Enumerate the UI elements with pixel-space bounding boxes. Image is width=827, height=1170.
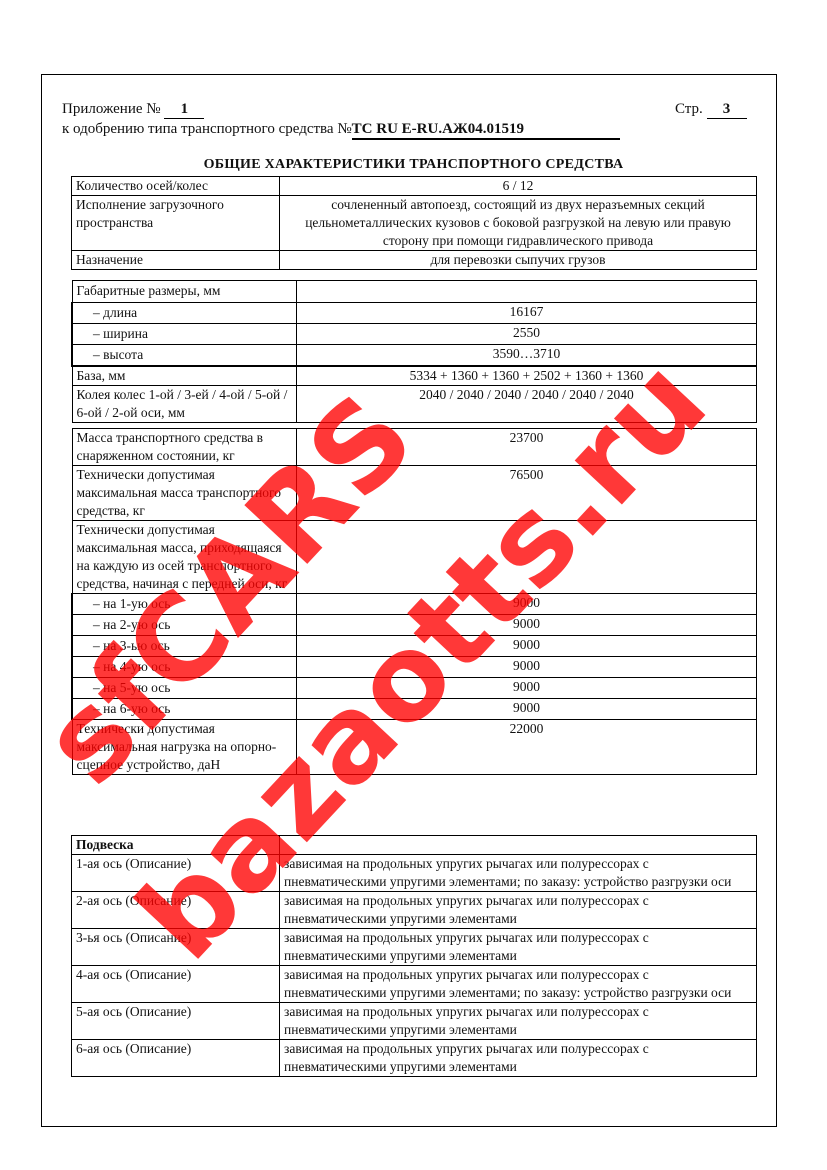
table-row: 4-ая ось (Описание)зависимая на продольн… xyxy=(72,966,757,1003)
row-label: – на 5-ую ось xyxy=(72,678,297,699)
page-number: 3 xyxy=(707,101,747,119)
table-row: 5-ая ось (Описание)зависимая на продольн… xyxy=(72,1003,757,1040)
row-label: Количество осей/колес xyxy=(72,177,280,196)
dimensions-table: Габаритные размеры, мм – длина16167 – ши… xyxy=(71,280,757,423)
page-line: Стр. 3 xyxy=(675,101,747,119)
table-row: Технически допустимая максимальная масса… xyxy=(72,521,757,594)
page-label: Стр. xyxy=(675,101,703,117)
row-value: зависимая на продольных упругих рычагах … xyxy=(280,855,757,892)
table-row: 6-ая ось (Описание)зависимая на продольн… xyxy=(72,1040,757,1077)
row-label: – на 1-ую ось xyxy=(72,594,297,615)
table-row: – на 6-ую ось9000 xyxy=(72,699,757,720)
row-value: для перевозки сыпучих грузов xyxy=(280,251,757,270)
approval-number: ТС RU E-RU.АЖ04.01519 xyxy=(352,121,620,140)
row-label: Габаритные размеры, мм xyxy=(72,281,297,303)
row-value xyxy=(280,836,757,855)
row-label: 4-ая ось (Описание) xyxy=(72,966,280,1003)
row-value: 23700 xyxy=(297,429,757,466)
row-value: 9000 xyxy=(297,657,757,678)
row-value: 76500 xyxy=(297,466,757,521)
row-value: зависимая на продольных упругих рычагах … xyxy=(280,1040,757,1077)
row-label: Технически допустимая максимальная масса… xyxy=(72,521,297,594)
mass-table: Масса транспортного средства в снаряженн… xyxy=(71,428,757,775)
table-row: – на 5-ую ось9000 xyxy=(72,678,757,699)
table-row: – длина16167 xyxy=(72,303,757,324)
table-row: – на 1-ую ось9000 xyxy=(72,594,757,615)
row-label: – высота xyxy=(72,345,297,367)
table-row: Габаритные размеры, мм xyxy=(72,281,757,303)
row-label: – длина xyxy=(72,303,297,324)
row-value: 9000 xyxy=(297,636,757,657)
row-label: Назначение xyxy=(72,251,280,270)
row-label: 6-ая ось (Описание) xyxy=(72,1040,280,1077)
row-value: 9000 xyxy=(297,594,757,615)
row-value: зависимая на продольных упругих рычагах … xyxy=(280,929,757,966)
table-row: 2-ая ось (Описание)зависимая на продольн… xyxy=(72,892,757,929)
table-row: Исполнение загрузочного пространствасочл… xyxy=(72,196,757,251)
row-value: зависимая на продольных упругих рычагах … xyxy=(280,966,757,1003)
row-label: База, мм xyxy=(72,366,297,386)
row-value: 9000 xyxy=(297,615,757,636)
approval-label: к одобрению типа транспортного средства … xyxy=(62,121,352,137)
section-heading: Подвеска xyxy=(72,836,280,855)
row-value: зависимая на продольных упругих рычагах … xyxy=(280,892,757,929)
row-label: Исполнение загрузочного пространства xyxy=(72,196,280,251)
row-value: 16167 xyxy=(297,303,757,324)
table-row: Технически допустимая максимальная нагру… xyxy=(72,720,757,775)
table-row: Назначениедля перевозки сыпучих грузов xyxy=(72,251,757,270)
annex-line: Приложение № 1 xyxy=(62,101,204,119)
row-label: 2-ая ось (Описание) xyxy=(72,892,280,929)
table-row: Колея колес 1-ой / 3-ей / 4-ой / 5-ой / … xyxy=(72,386,757,423)
row-value xyxy=(297,521,757,594)
row-value: 2550 xyxy=(297,324,757,345)
row-label: Технически допустимая максимальная нагру… xyxy=(72,720,297,775)
suspension-table: Подвеска 1-ая ось (Описание)зависимая на… xyxy=(71,835,757,1077)
table-row: 3-ья ось (Описание)зависимая на продольн… xyxy=(72,929,757,966)
row-value: 22000 xyxy=(297,720,757,775)
row-value: 5334 + 1360 + 1360 + 2502 + 1360 + 1360 xyxy=(297,366,757,386)
row-label: – на 2-ую ось xyxy=(72,615,297,636)
row-label: 3-ья ось (Описание) xyxy=(72,929,280,966)
annex-number: 1 xyxy=(164,101,204,119)
row-label: 1-ая ось (Описание) xyxy=(72,855,280,892)
row-value: 9000 xyxy=(297,699,757,720)
row-label: – на 6-ую ось xyxy=(72,699,297,720)
row-label: 5-ая ось (Описание) xyxy=(72,1003,280,1040)
table-row: 1-ая ось (Описание)зависимая на продольн… xyxy=(72,855,757,892)
row-value: 2040 / 2040 / 2040 / 2040 / 2040 / 2040 xyxy=(297,386,757,423)
row-value xyxy=(297,281,757,303)
row-label: Технически допустимая максимальная масса… xyxy=(72,466,297,521)
row-label: Масса транспортного средства в снаряженн… xyxy=(72,429,297,466)
table-row: Подвеска xyxy=(72,836,757,855)
table-row: – на 2-ую ось9000 xyxy=(72,615,757,636)
row-label: Колея колес 1-ой / 3-ей / 4-ой / 5-ой / … xyxy=(72,386,297,423)
row-value: 6 / 12 xyxy=(280,177,757,196)
approval-line: к одобрению типа транспортного средства … xyxy=(62,121,620,140)
row-label: – ширина xyxy=(72,324,297,345)
table-row: – высота3590…3710 xyxy=(72,345,757,367)
table-row: Технически допустимая максимальная масса… xyxy=(72,466,757,521)
general-table: Количество осей/колес6 / 12 Исполнение з… xyxy=(71,176,757,270)
table-row: – ширина2550 xyxy=(72,324,757,345)
row-value: зависимая на продольных упругих рычагах … xyxy=(280,1003,757,1040)
table-row: Количество осей/колес6 / 12 xyxy=(72,177,757,196)
row-value: 3590…3710 xyxy=(297,345,757,367)
page-title: ОБЩИЕ ХАРАКТЕРИСТИКИ ТРАНСПОРТНОГО СРЕДС… xyxy=(0,157,827,173)
table-row: – на 4-ую ось9000 xyxy=(72,657,757,678)
table-row: – на 3-ью ось9000 xyxy=(72,636,757,657)
annex-label: Приложение № xyxy=(62,101,161,117)
row-label: – на 3-ью ось xyxy=(72,636,297,657)
row-value: сочлененный автопоезд, состоящий из двух… xyxy=(280,196,757,251)
row-value: 9000 xyxy=(297,678,757,699)
table-row: База, мм5334 + 1360 + 1360 + 2502 + 1360… xyxy=(72,366,757,386)
row-label: – на 4-ую ось xyxy=(72,657,297,678)
table-row: Масса транспортного средства в снаряженн… xyxy=(72,429,757,466)
